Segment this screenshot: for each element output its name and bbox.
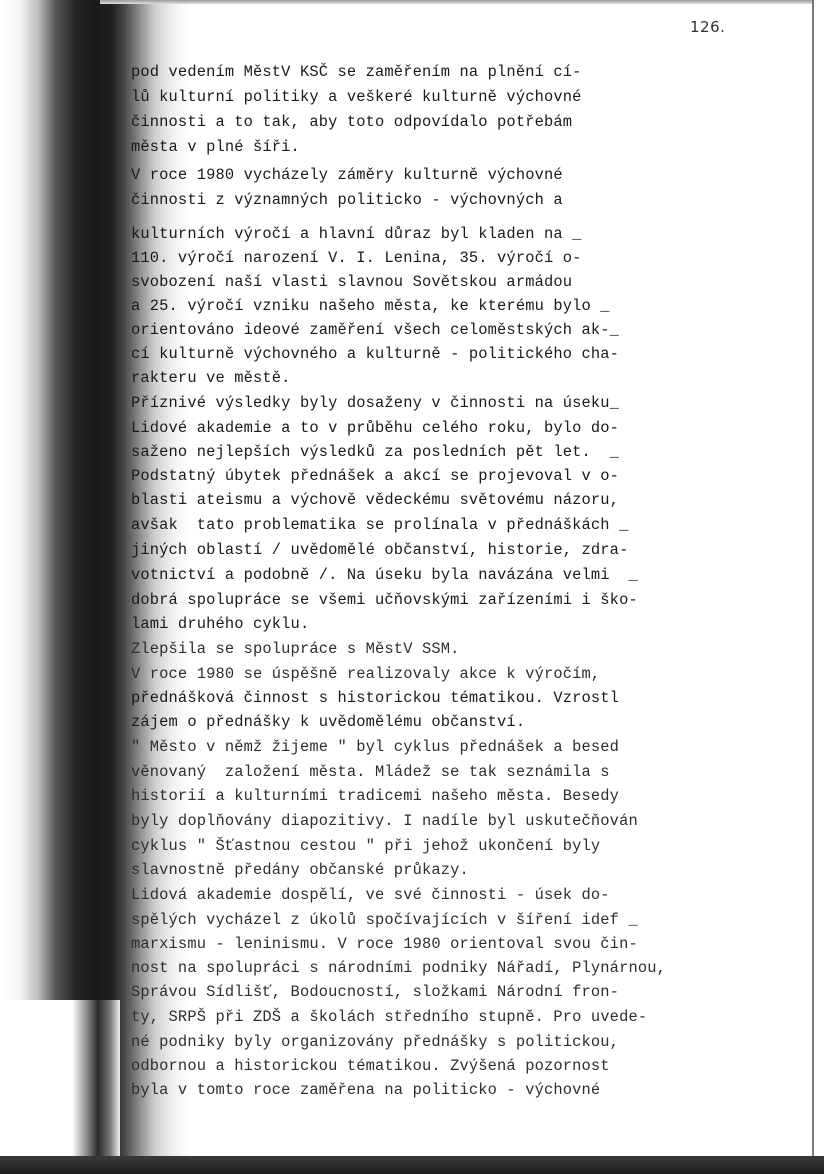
text-line: votnictví a podobně /. Na úseku byla nav… bbox=[131, 565, 638, 585]
text-line: Příznivé výsledky byly dosaženy v činnos… bbox=[131, 393, 619, 413]
text-line: jiných oblastí / uvědomělé občanství, hi… bbox=[131, 540, 628, 560]
text-line: přednášková činnost s historickou témati… bbox=[131, 688, 619, 708]
text-line: činnosti z významných politicko - výchov… bbox=[131, 190, 563, 210]
text-line: města v plné šíři. bbox=[131, 137, 300, 157]
text-line: ty, SRPŠ při ZDŠ a školách středního stu… bbox=[131, 1007, 647, 1027]
text-line: odbornou a historickou tématikou. Zvýšen… bbox=[131, 1056, 610, 1076]
text-line: činnosti a to tak, aby toto odpovídalo p… bbox=[131, 112, 572, 132]
text-line: avšak tato problematika se prolínala v p… bbox=[131, 515, 628, 535]
text-line: saženo nejlepších výsledků za posledních… bbox=[131, 442, 619, 462]
text-line: V roce 1980 vycházely záměry kulturně vý… bbox=[131, 165, 563, 185]
text-line: " Město v němž žijeme " byl cyklus předn… bbox=[131, 737, 619, 757]
text-line: věnovaný založení města. Mládež se tak s… bbox=[131, 762, 610, 782]
text-line: Správou Sídlišť, Bodoucností, složkami N… bbox=[131, 982, 619, 1002]
text-line: nost na spolupráci s národními podniky N… bbox=[131, 958, 666, 978]
text-line: cyklus " Šťastnou cestou " při jehož uko… bbox=[131, 836, 600, 856]
text-line: Zlepšila se spolupráce s MěstV SSM. bbox=[131, 639, 460, 659]
text-line: Lidová akademie dospělí, ve své činnosti… bbox=[131, 885, 610, 905]
text-line: spělých vycházel z úkolů spočívajících v… bbox=[131, 910, 638, 930]
text-line: blasti ateismu a výchově vědeckému světo… bbox=[131, 490, 619, 510]
text-line: byly doplňovány diapozitivy. I nadíle by… bbox=[131, 811, 638, 831]
text-line: orientováno ideové zaměření všech celomě… bbox=[131, 320, 619, 340]
text-line: pod vedením MěstV KSČ se zaměřením na pl… bbox=[131, 62, 582, 82]
text-line: historií a kulturními tradicemi našeho m… bbox=[131, 786, 619, 806]
text-line: rakteru ve městě. bbox=[131, 368, 291, 388]
text-line: V roce 1980 se úspěšně realizovaly akce … bbox=[131, 664, 600, 684]
text-line: marxismu - leninismu. V roce 1980 orient… bbox=[131, 934, 638, 954]
text-line: cí kulturně výchovného a kulturně - poli… bbox=[131, 344, 619, 364]
scan-bottom-edge bbox=[0, 1156, 824, 1174]
text-line: né podniky byly organizovány přednášky s… bbox=[131, 1032, 619, 1052]
page-top-edge bbox=[100, 0, 812, 4]
page-number: 126. bbox=[690, 18, 725, 36]
text-line: svobození naší vlasti slavnou Sovětskou … bbox=[131, 272, 572, 292]
text-line: lů kulturní politiky a veškeré kulturně … bbox=[131, 87, 582, 107]
text-line: Lidové akademie a to v průběhu celého ro… bbox=[131, 418, 619, 438]
text-line: kulturních výročí a hlavní důraz byl kla… bbox=[131, 224, 582, 244]
text-line: zájem o přednášky k uvědomělému občanstv… bbox=[131, 712, 525, 732]
text-line: lami druhého cyklu. bbox=[131, 614, 309, 634]
text-line: a 25. výročí vzniku našeho města, ke kte… bbox=[131, 296, 610, 316]
text-line: dobrá spolupráce se všemi učňovskými zař… bbox=[131, 590, 638, 610]
text-line: Podstatný úbytek přednášek a akcí se pro… bbox=[131, 466, 619, 486]
text-line: byla v tomto roce zaměřena na politicko … bbox=[131, 1080, 600, 1100]
text-line: 110. výročí narození V. I. Lenina, 35. v… bbox=[131, 248, 582, 268]
text-line: slavnostně předány občanské průkazy. bbox=[131, 860, 469, 880]
